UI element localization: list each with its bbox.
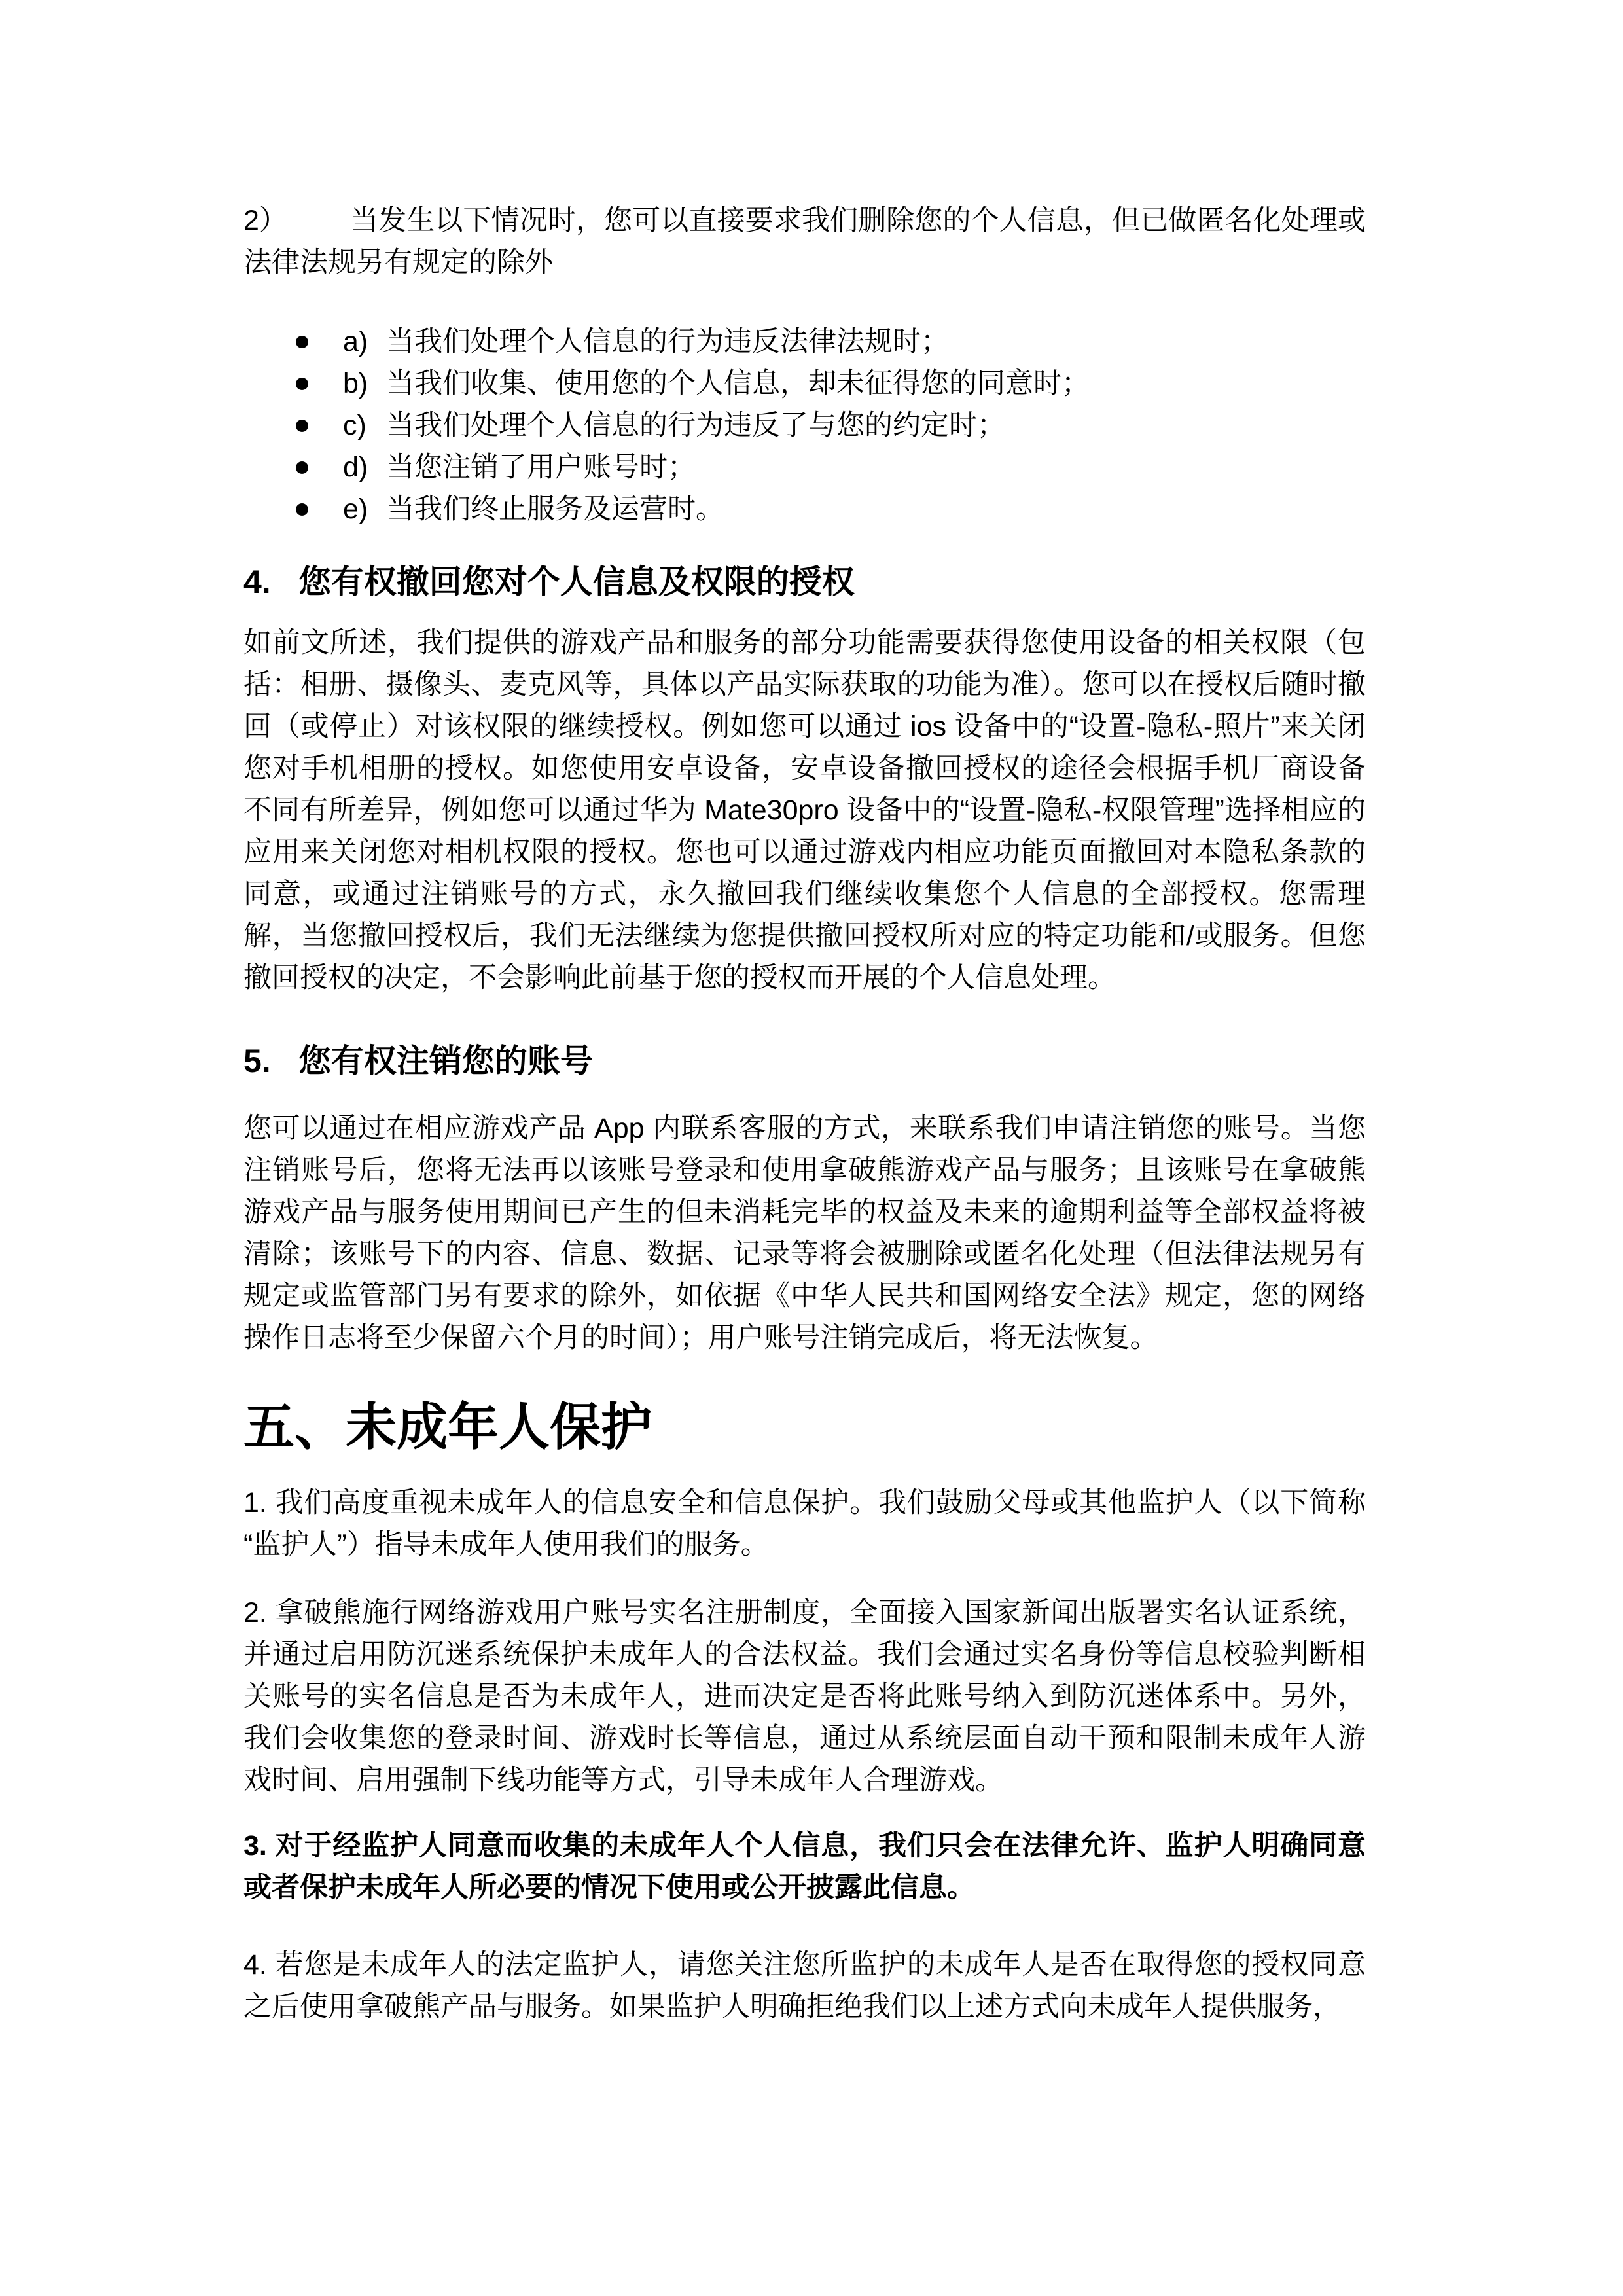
- section-5-body: 您可以通过在相应游戏产品 App 内联系客服的方式，来联系我们申请注销您的账号。…: [243, 1107, 1366, 1359]
- section-4-heading: 4.您有权撤回您对个人信息及权限的授权: [243, 562, 1366, 602]
- paragraph-delete-request: 2）当发生以下情况时，您可以直接要求我们删除您的个人信息，但已做匿名化处理或法律…: [243, 200, 1366, 283]
- list-item: d) 当您注销了用户账号时；: [243, 446, 1366, 488]
- paragraph-number: 2）: [243, 200, 287, 242]
- list-item: b) 当我们收集、使用您的个人信息，却未征得您的同意时；: [243, 363, 1366, 404]
- bullet-icon: [296, 461, 308, 474]
- heading-number: 5.: [243, 1041, 271, 1081]
- list-item-text: 当我们终止服务及运营时。: [386, 493, 724, 525]
- list-item: c) 当我们处理个人信息的行为违反了与您的约定时；: [243, 404, 1366, 446]
- list-item-label: c): [343, 404, 366, 446]
- minor-protection-paragraph-1: 1. 我们高度重视未成年人的信息安全和信息保护。我们鼓励父母或其他监护人（以下简…: [243, 1482, 1366, 1566]
- bullet-icon: [296, 378, 308, 390]
- list-item: a) 当我们处理个人信息的行为违反法律法规时；: [243, 321, 1366, 363]
- section-5-heading: 5.您有权注销您的账号: [243, 1041, 1366, 1081]
- document-page: 2）当发生以下情况时，您可以直接要求我们删除您的个人信息，但已做匿名化处理或法律…: [0, 0, 1623, 2296]
- list-item: e) 当我们终止服务及运营时。: [243, 488, 1366, 530]
- deletion-conditions-list: a) 当我们处理个人信息的行为违反法律法规时； b) 当我们收集、使用您的个人信…: [243, 321, 1366, 530]
- list-item-text: 当我们处理个人信息的行为违反了与您的约定时；: [386, 410, 1005, 441]
- bullet-icon: [296, 336, 308, 348]
- minor-protection-paragraph-3: 3. 对于经监护人同意而收集的未成年人个人信息，我们只会在法律允许、监护人明确同…: [243, 1825, 1366, 1909]
- minor-protection-paragraph-2: 2. 拿破熊施行网络游戏用户账号实名注册制度，全面接入国家新闻出版署实名认证系统…: [243, 1592, 1366, 1801]
- list-item-text: 当您注销了用户账号时；: [386, 452, 696, 483]
- section-4-body: 如前文所述，我们提供的游戏产品和服务的部分功能需要获得您使用设备的相关权限（包括…: [243, 622, 1366, 999]
- minor-protection-paragraph-4: 4. 若您是未成年人的法定监护人，请您关注您所监护的未成年人是否在取得您的授权同…: [243, 1944, 1366, 2028]
- heading-title: 您有权撤回您对个人信息及权限的授权: [298, 564, 855, 600]
- heading-number: 4.: [243, 562, 271, 602]
- heading-title: 您有权注销您的账号: [298, 1043, 593, 1079]
- bullet-icon: [296, 420, 308, 432]
- chapter-5-heading: 五、未成年人保护: [243, 1393, 1366, 1461]
- list-item-label: a): [343, 321, 368, 363]
- bullet-icon: [296, 503, 308, 516]
- list-item-text: 当我们收集、使用您的个人信息，却未征得您的同意时；: [386, 368, 1090, 399]
- list-item-label: d): [343, 446, 368, 488]
- list-item-label: e): [343, 488, 368, 530]
- paragraph-text: 当发生以下情况时，您可以直接要求我们删除您的个人信息，但已做匿名化处理或法律法规…: [243, 205, 1366, 278]
- list-item-label: b): [343, 363, 368, 404]
- list-item-text: 当我们处理个人信息的行为违反法律法规时；: [386, 326, 949, 357]
